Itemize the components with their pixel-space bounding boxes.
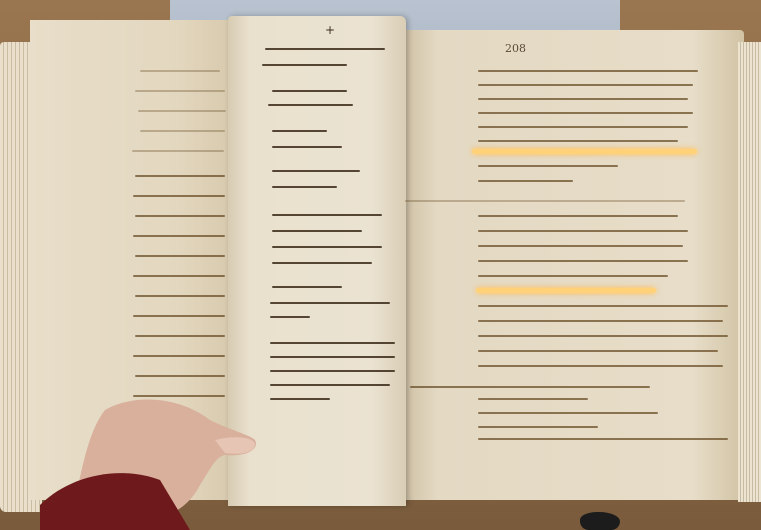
bookmark-strip-lower xyxy=(476,288,656,293)
right-page xyxy=(404,30,744,500)
folio-cross-mark: + xyxy=(325,23,335,37)
hand-holding-leaf xyxy=(40,395,260,530)
right-page-edges xyxy=(738,42,761,502)
black-weight xyxy=(580,512,620,530)
bookmark-strip-upper xyxy=(472,149,697,154)
page-number: 208 xyxy=(505,42,526,55)
